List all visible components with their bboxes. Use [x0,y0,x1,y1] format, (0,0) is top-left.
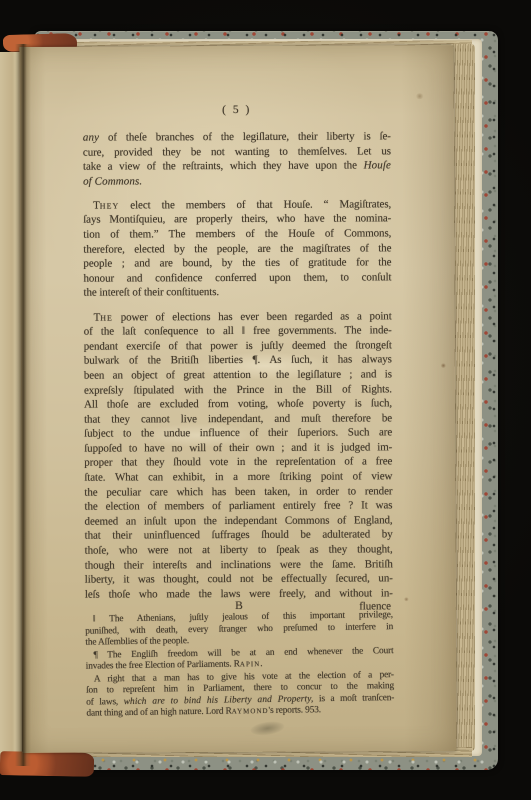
text-line: thoſe, who were not at liberty to ſpeak … [85,542,393,558]
page-number: ( 5 ) [83,102,391,117]
text-line: proper that they ſhould vote in the repr… [84,455,392,471]
text-line: the intereſt of their conſtituents. [84,285,392,301]
paragraph: any of theſe branches of the legiſlature… [83,129,391,189]
text-line: The power of elections has ever been reg… [84,309,392,325]
paper-smudge [250,720,286,738]
text-line: ſubject to the undue influence of their … [84,426,392,442]
footnotes: ‖ The Athenians, juſtly jealous of this … [85,611,395,721]
paragraph: A right that a man has to give his vote … [86,670,395,721]
text-line: people ; and are bound, by the ties of g… [83,256,391,272]
book-page: ( 5 ) any of theſe branches of the legiſ… [19,45,456,753]
text-line: been an object of great attention to the… [84,367,392,383]
text-line: ſuppoſed to have no will of their own ; … [84,440,392,456]
text-line: that they cannot live independant, and m… [84,411,392,427]
text-line: the election of members of parliament en… [84,499,392,515]
text-line: though their intereſts and inclinations … [85,557,393,573]
paragraph: The power of elections has ever been reg… [84,309,393,602]
text-line: deemed an inſult upon the independant Co… [85,513,393,529]
text-line: any of theſe branches of the legiſlature… [83,129,391,145]
text-line: ſtate. What can exhibit, in a more ſtrik… [84,469,392,485]
foxing-spot [416,93,424,99]
foxing-spot [441,363,446,368]
text-line: that their uninfluenced ſuffrages ſhould… [85,528,393,544]
text-line: cure, provided they be not wanting to th… [83,144,391,160]
text-line: expreſsly ſtipulated with the Prince in … [84,382,392,398]
paragraph: They elect the members of that Houſe. “ … [83,197,391,300]
paragraph: ‖ The Athenians, juſtly jealous of this … [85,611,393,650]
text-line: take a view of the reſtraints, which the… [83,159,391,175]
text-line: of Commons. [83,173,391,189]
gutter-shadow [15,44,31,766]
text-line: of the laſt conſequence to all ‖ free go… [84,323,392,339]
printer-signature: B [235,600,243,612]
text-line: pendant exerciſe of that power is juſtly… [84,338,392,354]
text-line: All thoſe are excluded from voting, whoſ… [84,396,392,412]
text-line: They elect the members of that Houſe. “ … [83,197,391,213]
text-column: ( 5 ) any of theſe branches of the legiſ… [83,102,394,720]
text-line: therefore, elected by the people, are th… [83,241,391,257]
text-line: ſays Montiſquieu, are properly theirs, w… [83,212,391,228]
photo-backdrop: ( 5 ) any of theſe branches of the legiſ… [0,0,531,800]
text-line: tion of them.” The members of the Houſe … [83,226,391,242]
text-line: bulwark of the Britiſh liberties ¶. As ſ… [84,353,392,369]
text-line: liberty, it was thought, could not be ef… [85,572,393,588]
body-text: any of theſe branches of the legiſlature… [83,129,393,602]
text-line: the peculiar care which has been taken, … [84,484,392,500]
text-line: honour and confidence conferred upon the… [83,270,391,286]
foxing-spot [404,597,409,601]
